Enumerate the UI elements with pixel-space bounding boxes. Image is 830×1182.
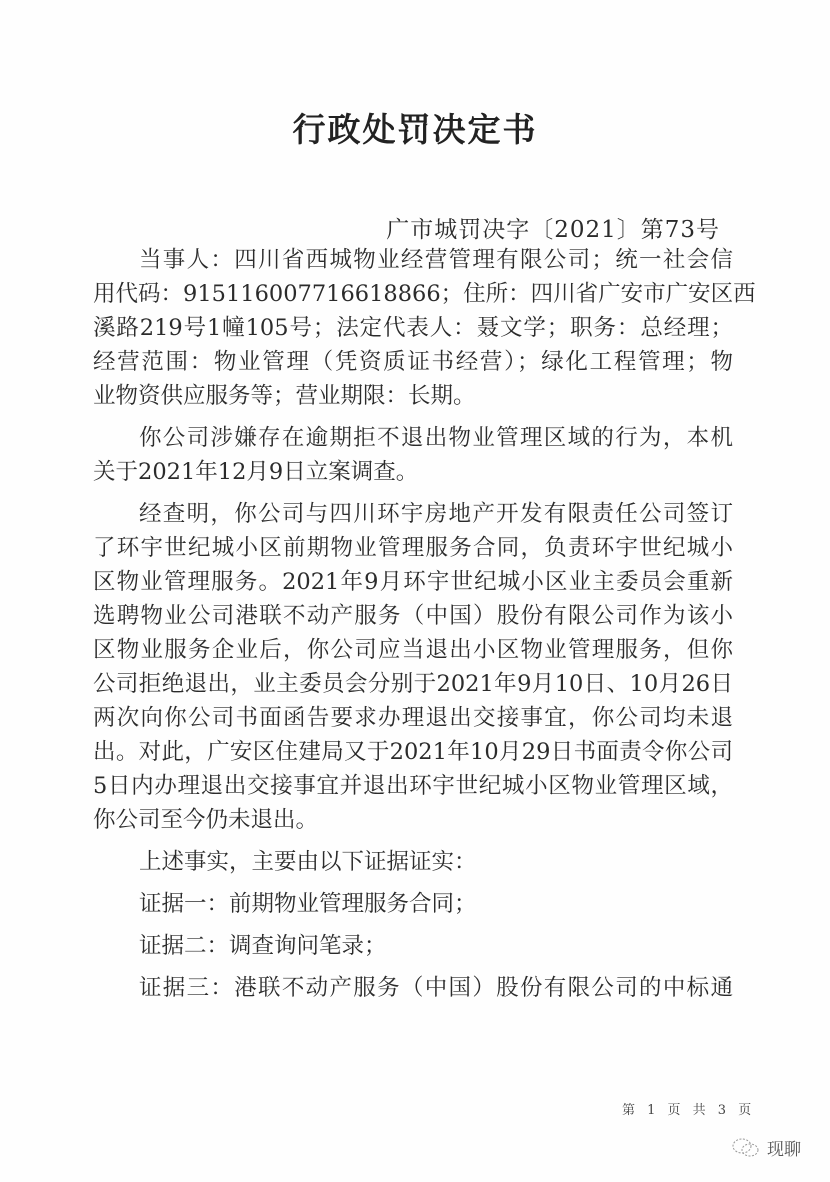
text-line: 用代码：915116007716618866；住所：四川省广安市广安区西 (93, 277, 733, 311)
text-line: 上述事实，主要由以下证据证实： (93, 845, 733, 879)
text-line: 你公司涉嫌存在逾期拒不退出物业管理区域的行为，本机 (93, 421, 733, 455)
paragraph-party: 当事人：四川省西城物业经营管理有限公司；统一社会信 用代码：9151160077… (93, 243, 733, 413)
text-line: 两次向你公司书面函告要求办理退出交接事宜，你公司均未退 (93, 701, 733, 735)
text-line: 经营范围：物业管理（凭资质证书经营）；绿化工程管理；物 (93, 345, 733, 379)
text-line: 区物业服务企业后，你公司应当退出小区物业管理服务，但你 (93, 633, 733, 667)
evidence-item: 证据二：调查询问笔录； (93, 929, 733, 963)
text-line: 关于2021年12月9日立案调查。 (93, 455, 733, 489)
document-page: 行政处罚决定书 广市城罚决字〔2021〕第73号 当事人：四川省西城物业经营管理… (0, 0, 830, 1182)
paragraph-case-filing: 你公司涉嫌存在逾期拒不退出物业管理区域的行为，本机 关于2021年12月9日立案… (93, 421, 733, 489)
evidence-item: 证据一：前期物业管理服务合同； (93, 887, 733, 921)
text-line: 了环宇世纪城小区前期物业管理服务合同，负责环宇世纪城小 (93, 531, 733, 565)
text-line: 出。对此，广安区住建局又于2021年10月29日书面责令你公司 (93, 735, 733, 769)
watermark: 现聊 (731, 1135, 801, 1160)
paragraph-findings: 经查明，你公司与四川环宇房地产开发有限责任公司签订 了环宇世纪城小区前期物业管理… (93, 497, 733, 837)
evidence-item: 证据三：港联不动产服务（中国）股份有限公司的中标通 (93, 971, 733, 1005)
wechat-icon (731, 1137, 761, 1159)
text-line: 公司拒绝退出，业主委员会分别于2021年9月10日、10月26日 (93, 667, 733, 701)
paragraph-evidence-intro: 上述事实，主要由以下证据证实： (93, 845, 733, 879)
text-line: 经查明，你公司与四川环宇房地产开发有限责任公司签订 (93, 497, 733, 531)
text-line: 当事人：四川省西城物业经营管理有限公司；统一社会信 (93, 243, 733, 277)
text-line: 溪路219号1幢105号；法定代表人：聂文学；职务：总经理； (93, 311, 733, 345)
text-line: 业物资供应服务等；营业期限：长期。 (93, 379, 733, 413)
text-line: 选聘物业公司港联不动产服务（中国）股份有限公司作为该小 (93, 599, 733, 633)
document-body: 当事人：四川省西城物业经营管理有限公司；统一社会信 用代码：9151160077… (93, 243, 733, 1005)
document-number: 广市城罚决字〔2021〕第73号 (386, 211, 720, 244)
text-line: 5日内办理退出交接事宜并退出环宇世纪城小区物业管理区域， (93, 769, 733, 803)
text-line: 区物业管理服务。2021年9月环宇世纪城小区业主委员会重新 (93, 565, 733, 599)
evidence-list: 证据一：前期物业管理服务合同； 证据二：调查询问笔录； 证据三：港联不动产服务（… (93, 887, 733, 1005)
document-title: 行政处罚决定书 (0, 104, 830, 151)
text-line: 你公司至今仍未退出。 (93, 803, 733, 837)
page-indicator: 第 1 页 共 3 页 (622, 1099, 755, 1118)
watermark-label: 现聊 (767, 1135, 801, 1160)
